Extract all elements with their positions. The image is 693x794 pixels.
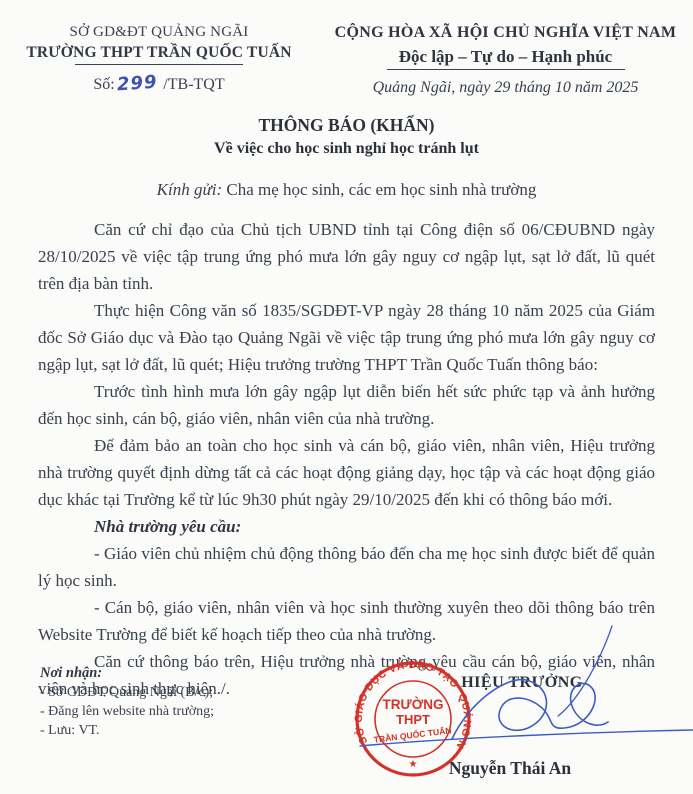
salutation-text: Cha mẹ học sinh, các em học sinh nhà trư… xyxy=(222,180,536,199)
recipients-label: Nơi nhận: xyxy=(40,664,214,683)
title-block: THÔNG BÁO (KHẨN) Về việc cho học sinh ng… xyxy=(0,115,693,158)
school-name-underline xyxy=(75,64,243,65)
document-number: Số:299 /TB-TQT xyxy=(0,73,318,94)
department-name: SỞ GD&ĐT QUẢNG NGÃI xyxy=(0,24,318,41)
recipient-item: - Lưu: VT. xyxy=(40,721,214,740)
stamp-center-line2: THPT xyxy=(396,712,430,727)
school-name: TRƯỜNG THPT TRẦN QUỐC TUẤN xyxy=(0,44,318,62)
document-header: SỞ GD&ĐT QUẢNG NGÃI TRƯỜNG THPT TRẦN QUỐ… xyxy=(0,0,693,97)
recipients-block: Nơi nhận: - Sở GDĐT Quảng Ngãi (B/c); - … xyxy=(40,664,214,740)
request-heading: Nhà trường yêu cầu: xyxy=(38,513,655,540)
paragraph: Trước tình hình mưa lớn gây ngập lụt diễ… xyxy=(38,378,655,432)
recipient-item: - Sở GDĐT Quảng Ngãi (B/c); xyxy=(40,683,214,702)
salutation-line: Kính gửi: Cha mẹ học sinh, các em học si… xyxy=(0,180,693,200)
stamp-center-line3: TRẦN QUỐC TUẤN xyxy=(373,724,452,744)
national-motto-block: CỘNG HÒA XÃ HỘI CHỦ NGHĨA VIỆT NAM Độc l… xyxy=(318,24,693,97)
motto-underline xyxy=(387,69,625,70)
issuing-agency-block: SỞ GD&ĐT QUẢNG NGÃI TRƯỜNG THPT TRẦN QUỐ… xyxy=(0,24,318,97)
handwritten-number: 299 xyxy=(116,72,158,96)
document-footer: Nơi nhận: - Sở GDĐT Quảng Ngãi (B/c); - … xyxy=(0,656,693,794)
paragraph: Căn cứ chỉ đạo của Chủ tịch UBND tỉnh tạ… xyxy=(38,216,655,297)
document-subtitle: Về việc cho học sinh nghỉ học tránh lụt xyxy=(0,140,693,158)
paragraph: Thực hiện Công văn số 1835/SGDĐT-VP ngày… xyxy=(38,297,655,378)
signer-name: Nguyễn Thái An xyxy=(410,758,610,779)
place-dateline: Quảng Ngãi, ngày 29 tháng 10 năm 2025 xyxy=(318,79,693,97)
stamp-center-line1: TRƯỜNG xyxy=(383,697,444,712)
document-number-prefix: Số: xyxy=(93,76,114,93)
salutation-label: Kính gửi: xyxy=(157,180,222,199)
official-letter-document: SỞ GD&ĐT QUẢNG NGÃI TRƯỜNG THPT TRẦN QUỐ… xyxy=(0,0,693,794)
document-title: THÔNG BÁO (KHẨN) xyxy=(0,115,693,136)
paragraph: Để đảm bảo an toàn cho học sinh và cán b… xyxy=(38,432,655,513)
request-item: - Giáo viên chủ nhiệm chủ động thông báo… xyxy=(38,540,655,594)
signature-block: HIỆU TRƯỞNG SỞ GIÁO DỤC VÀ ĐÀO TẠO QUẢNG… xyxy=(340,656,693,794)
request-item: - Cán bộ, giáo viên, nhân viên và học si… xyxy=(38,594,655,648)
recipient-item: - Đăng lên website nhà trường; xyxy=(40,702,214,721)
document-number-suffix: /TB-TQT xyxy=(163,76,224,93)
motto: Độc lập – Tự do – Hạnh phúc xyxy=(318,47,693,67)
document-body: Căn cứ chỉ đạo của Chủ tịch UBND tỉnh tạ… xyxy=(38,216,655,702)
national-title: CỘNG HÒA XÃ HỘI CHỦ NGHĨA VIỆT NAM xyxy=(318,24,693,42)
